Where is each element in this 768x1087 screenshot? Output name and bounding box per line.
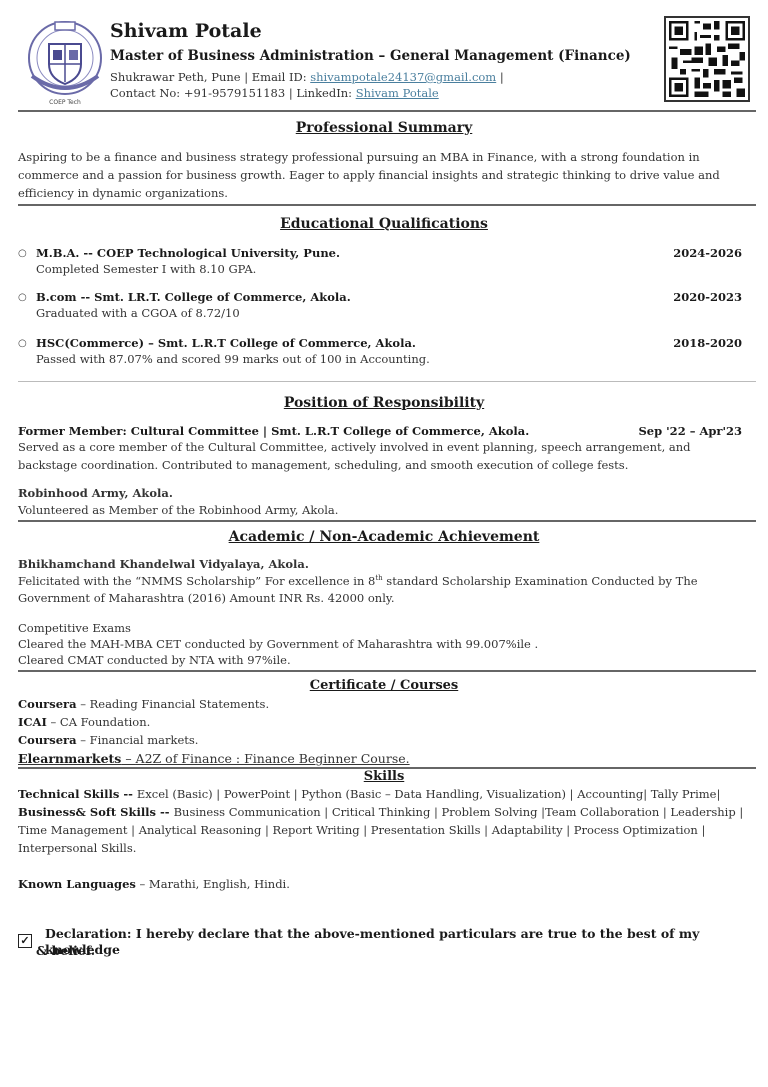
summary-text: Aspiring to be a finance and business st…: [18, 148, 748, 202]
bullet-icon: ○: [18, 336, 27, 352]
divider: [18, 670, 756, 672]
certificate-org: Elearnmarkets: [18, 751, 121, 766]
education-detail: Graduated with a CGOA of 8.72/10: [36, 305, 240, 321]
resume-page: COEP Tech Shivam Potale Master of Busine…: [0, 0, 768, 1087]
skills-text: Business Communication | Critical Thinki…: [174, 805, 744, 819]
technical-skills: Technical Skills -- Excel (Basic) | Powe…: [18, 787, 720, 801]
bullet-icon: ○: [18, 290, 27, 306]
superscript: th: [375, 574, 382, 582]
achievement-text: standard Scholarship Examination Conduct…: [383, 574, 698, 588]
education-years: 2024-2026: [673, 245, 742, 261]
certificate-org: ICAI: [18, 715, 47, 729]
certificate-item: Elearnmarkets – A2Z of Finance : Finance…: [18, 751, 410, 766]
skills-label: Technical Skills --: [18, 787, 137, 801]
soft-skills: Business& Soft Skills -- Business Commun…: [18, 805, 743, 819]
separator: –: [121, 751, 135, 766]
education-title: B.com -- Smt. LR.T. College of Commerce,…: [36, 289, 351, 305]
checkbox-checked-icon: ✓: [18, 934, 32, 948]
role-line: Served as a core member of the Cultural …: [18, 438, 748, 456]
section-title-summary: Professional Summary: [0, 120, 768, 136]
bullet-icon: ○: [18, 246, 27, 262]
role-description: Served as a core member of the Cultural …: [18, 438, 748, 474]
section-title-skills: Skills: [0, 769, 768, 784]
certificate-org: Coursera: [18, 733, 77, 747]
divider: [18, 520, 756, 522]
email-link[interactable]: shivampotale24137@gmail.com: [310, 70, 496, 84]
section-title-certificates: Certificate / Courses: [0, 678, 768, 693]
separator: |: [496, 70, 504, 84]
certificate-course: A2Z of Finance : Finance Beginner Course…: [136, 751, 410, 766]
education-years: 2018-2020: [673, 335, 742, 351]
certificate-org: Coursera: [18, 697, 77, 711]
role-dates: Sep '22 – Apr'23: [639, 424, 743, 438]
achievement-line: Felicitated with the “NMMS Scholarship” …: [18, 574, 698, 588]
certificate-item: Coursera – Financial markets.: [18, 733, 198, 747]
separator: –: [77, 733, 90, 747]
resume-header: COEP Tech Shivam Potale Master of Busine…: [18, 10, 750, 108]
certificate-course: CA Foundation.: [60, 715, 150, 729]
education-title: HSC(Commerce) – Smt. L.R.T College of Co…: [36, 335, 416, 351]
role-description: Volunteered as Member of the Robinhood A…: [18, 503, 338, 517]
skills-label: Business& Soft Skills --: [18, 805, 174, 819]
declaration-text: & belief.: [36, 943, 95, 959]
section-title-education: Educational Qualifications: [0, 216, 768, 232]
declaration-text: Declaration: I hereby declare that the a…: [45, 926, 748, 958]
candidate-degree: Master of Business Administration – Gene…: [110, 48, 631, 64]
languages-label: Known Languages: [18, 877, 136, 891]
summary-line: Aspiring to be a finance and business st…: [18, 148, 748, 166]
education-detail: Completed Semester I with 8.10 GPA.: [36, 261, 256, 277]
section-title-achievement: Academic / Non-Academic Achievement: [0, 529, 768, 545]
skills-text: Excel (Basic) | PowerPoint | Python (Bas…: [137, 787, 720, 801]
summary-line: efficiency in dynamic organizations.: [18, 184, 748, 202]
exams-label: Competitive Exams: [18, 621, 131, 635]
certificate-course: Financial markets.: [90, 733, 199, 747]
soft-skills-cont: Time Management | Analytical Reasoning |…: [18, 823, 705, 837]
address-email-line: Shukrawar Peth, Pune | Email ID: shivamp…: [110, 70, 504, 84]
divider: [18, 110, 756, 112]
summary-line: commerce and a passion for business grow…: [18, 166, 748, 184]
linkedin-link[interactable]: Shivam Potale: [356, 86, 439, 100]
role-title: Former Member: Cultural Committee | Smt.…: [18, 424, 529, 438]
exam-line: Cleared CMAT conducted by NTA with 97%il…: [18, 653, 291, 667]
divider: [18, 204, 756, 206]
role-title: Robinhood Army, Akola.: [18, 486, 173, 500]
role-line: backstage coordination. Contributed to m…: [18, 456, 748, 474]
divider: [18, 381, 756, 382]
separator: –: [77, 697, 90, 711]
separator: –: [47, 715, 60, 729]
certificate-item: Coursera – Reading Financial Statements.: [18, 697, 269, 711]
achievement-line: Government of Maharashtra (2016) Amount …: [18, 591, 395, 605]
certificate-course: Reading Financial Statements.: [90, 697, 270, 711]
phone-text: Contact No: +91-9579151183 | LinkedIn:: [110, 86, 356, 100]
svg-text:COEP Tech: COEP Tech: [49, 99, 81, 106]
languages: Known Languages – Marathi, English, Hind…: [18, 877, 290, 891]
contact-line: Contact No: +91-9579151183 | LinkedIn: S…: [110, 86, 439, 100]
coep-tech-logo-icon: COEP Tech: [22, 16, 108, 106]
achievement-text: Felicitated with the “NMMS Scholarship” …: [18, 574, 375, 588]
section-title-responsibility: Position of Responsibility: [0, 395, 768, 411]
candidate-name: Shivam Potale: [110, 20, 262, 42]
certificate-item: ICAI – CA Foundation.: [18, 715, 150, 729]
languages-text: – Marathi, English, Hindi.: [136, 877, 290, 891]
education-years: 2020-2023: [673, 289, 742, 305]
soft-skills-cont: Interpersonal Skills.: [18, 841, 136, 855]
education-title: M.B.A. -- COEP Technological University,…: [36, 245, 340, 261]
achievement-school: Bhikhamchand Khandelwal Vidyalaya, Akola…: [18, 557, 309, 571]
exam-line: Cleared the MAH-MBA CET conducted by Gov…: [18, 637, 538, 651]
qr-code-icon: [664, 16, 750, 102]
education-detail: Passed with 87.07% and scored 99 marks o…: [36, 351, 430, 367]
address-text: Shukrawar Peth, Pune | Email ID:: [110, 70, 310, 84]
